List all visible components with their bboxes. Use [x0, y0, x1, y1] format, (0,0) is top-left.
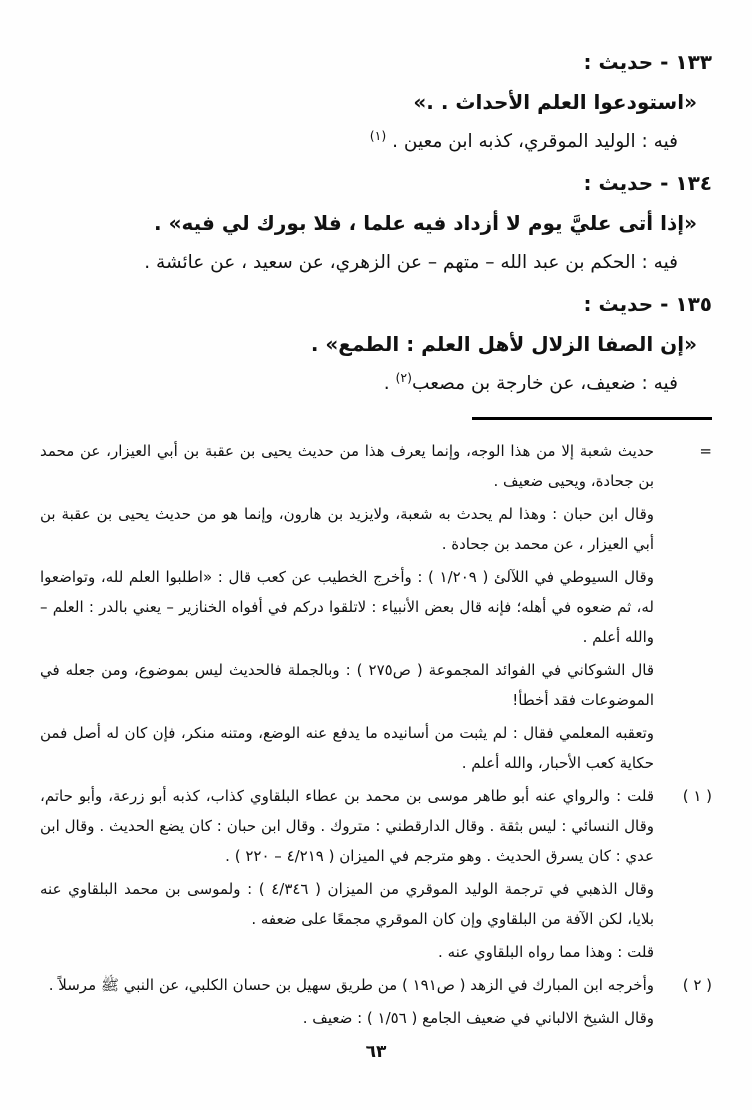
hadith-grading-line: فيه : ضعيف، عن خارجة بن مصعب(٢) .: [40, 364, 712, 405]
footnote-ref-2: (٢): [396, 370, 413, 385]
hadith-number-heading: ١٣٥ - حديث :: [40, 284, 712, 324]
footnote-text: قلت : والرواي عنه أبو طاهر موسى بن محمد …: [40, 787, 654, 865]
hadith-number-heading: ١٣٣ - حديث :: [40, 42, 712, 82]
footnote-paragraph: وتعقبه المعلمي فقال : لم يثبت من أسانيده…: [40, 718, 712, 778]
footnotes-block: =حديث شعبة إلا من هذا الوجه، وإنما يعرف …: [0, 428, 752, 1033]
footnote-text: قال الشوكاني في الفوائد المجموعة ( ص٢٧٥ …: [40, 661, 654, 709]
footnote-ref-1: (١): [370, 128, 387, 143]
footnote-paragraph: وقال السيوطي في اللآلئ ( ١/٢٠٩ ) : وأخرج…: [40, 562, 712, 652]
footnote-paragraph: وقال الذهبي في ترجمة الوليد الموقري من ا…: [40, 874, 712, 934]
hadith-entry-133: ١٣٣ - حديث : «استودعوا العلم الأحداث . .…: [40, 42, 712, 163]
footnote-number-marker: ( ١ ): [683, 781, 712, 811]
hadith-entry-135: ١٣٥ - حديث : «إن الصفا الزلال لأهل العلم…: [40, 284, 712, 405]
footnote-text: قلت : وهذا مما رواه البلقاوي عنه .: [438, 943, 654, 961]
footnote-number-marker: ( ٢ ): [683, 970, 712, 1000]
footnote-text: وقال السيوطي في اللآلئ ( ١/٢٠٩ ) : وأخرج…: [40, 568, 654, 646]
hadith-number-heading: ١٣٤ - حديث :: [40, 163, 712, 203]
grading-text: فيه : ضعيف، عن خارجة بن مصعب: [412, 373, 678, 394]
main-text-block: ١٣٣ - حديث : «استودعوا العلم الأحداث . .…: [0, 0, 752, 420]
book-page: ١٣٣ - حديث : «استودعوا العلم الأحداث . .…: [0, 0, 752, 1110]
footnote-text: وقال الذهبي في ترجمة الوليد الموقري من ا…: [40, 880, 654, 928]
footnote-text: وقال ابن حبان : وهذا لم يحدث به شعبة، ول…: [40, 505, 654, 553]
footnote-continuation-marker: =: [699, 436, 712, 466]
footnote-text: وتعقبه المعلمي فقال : لم يثبت من أسانيده…: [40, 724, 654, 772]
footnote-paragraph: وقال ابن حبان : وهذا لم يحدث به شعبة، ول…: [40, 499, 712, 559]
footnote-continuation: =حديث شعبة إلا من هذا الوجه، وإنما يعرف …: [40, 436, 712, 496]
footnote-text: وأخرجه ابن المبارك في الزهد ( ص١٩١ ) من …: [49, 976, 654, 994]
grading-text: فيه : الحكم بن عبد الله – متهم – عن الزه…: [144, 252, 678, 273]
footnote-text: وقال الشيخ الالباني في ضعيف الجامع ( ١/٥…: [303, 1009, 654, 1027]
footnote-1: ( ١ )قلت : والرواي عنه أبو طاهر موسى بن …: [40, 781, 712, 871]
footnote-text: حديث شعبة إلا من هذا الوجه، وإنما يعرف ه…: [40, 442, 654, 490]
footnote-2: ( ٢ )وأخرجه ابن المبارك في الزهد ( ص١٩١ …: [40, 970, 712, 1000]
footnote-paragraph: وقال الشيخ الالباني في ضعيف الجامع ( ١/٥…: [40, 1003, 712, 1033]
footnote-paragraph: قلت : وهذا مما رواه البلقاوي عنه .: [40, 937, 712, 967]
hadith-entry-134: ١٣٤ - حديث : «إذا أتى عليَّ يوم لا أزداد…: [40, 163, 712, 284]
hadith-quote-text: «إذا أتى عليَّ يوم لا أزداد فيه علما ، ف…: [40, 203, 712, 243]
hadith-grading-line: فيه : الحكم بن عبد الله – متهم – عن الزه…: [40, 243, 712, 284]
footnote-paragraph: قال الشوكاني في الفوائد المجموعة ( ص٢٧٥ …: [40, 655, 712, 715]
hadith-grading-line: فيه : الوليد الموقري، كذبه ابن معين . (١…: [40, 122, 712, 163]
grading-text: فيه : الوليد الموقري، كذبه ابن معين .: [392, 131, 678, 152]
grading-tail: .: [384, 373, 396, 394]
hadith-quote-text: «استودعوا العلم الأحداث . .»: [40, 82, 712, 122]
footnote-separator-line: [472, 417, 712, 420]
page-number: ٦٣: [0, 1042, 752, 1062]
hadith-quote-text: «إن الصفا الزلال لأهل العلم : الطمع» .: [40, 324, 712, 364]
